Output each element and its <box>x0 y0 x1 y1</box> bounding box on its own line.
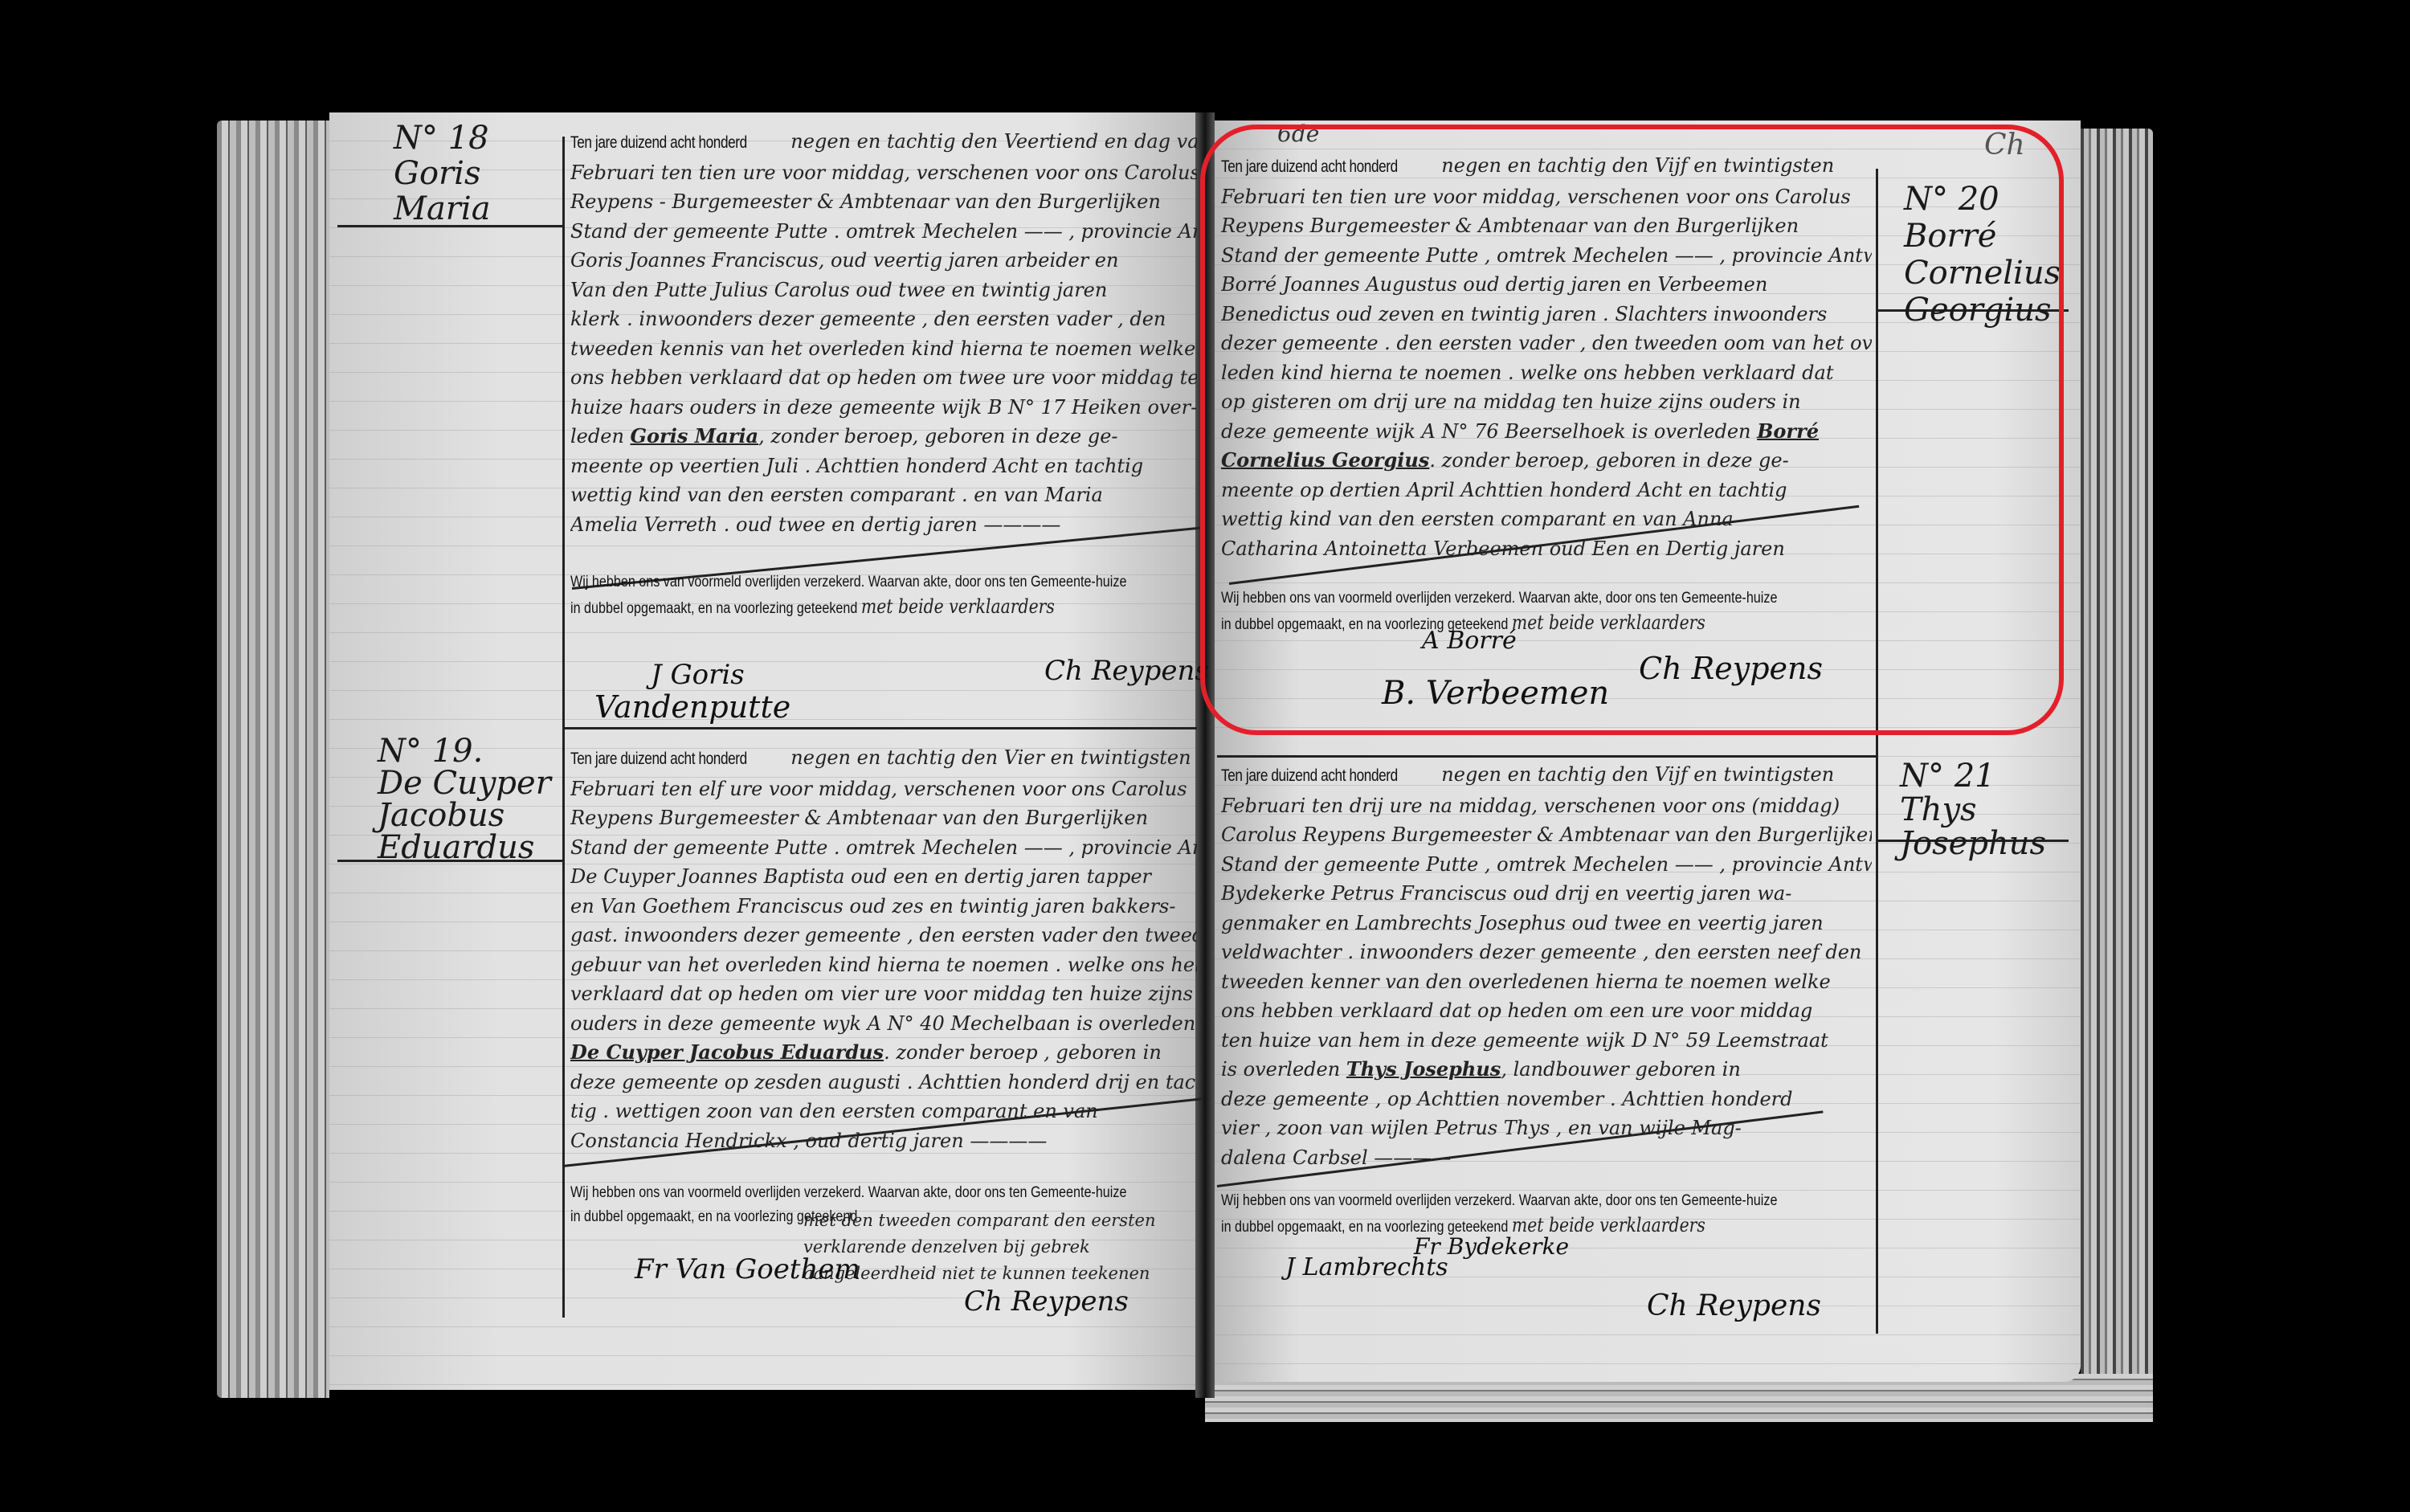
record-text: negen en tachtig den Vier en twintigsten <box>790 746 1191 769</box>
closing-handwritten: met den tweeden comparant den eersten ve… <box>803 1208 1197 1287</box>
record-text: Carolus Reypens Burgemeester & Ambtenaar… <box>1221 820 1872 850</box>
record-text: Februari ten tien ure voor middag, versc… <box>1221 182 1872 212</box>
surname: Goris <box>394 156 491 191</box>
record-19-body: Ten jare duizend acht honderd negen en t… <box>570 743 1197 1155</box>
given-name-2: Georgius <box>1904 292 2061 329</box>
record-number: N° 19. <box>378 735 551 767</box>
signature: A Borré <box>1422 627 1517 655</box>
margin-entry-18: N° 18 Goris Maria <box>394 121 491 227</box>
closing-line-1: Wij hebben ons van voormeld overlijden v… <box>1221 1189 1777 1213</box>
record-text: verklaard dat op heden om vier ure voor … <box>570 979 1197 1009</box>
record-text: Van den Putte Julius Carolus oud twee en… <box>570 276 1197 305</box>
printed-heading: Ten jare duizend acht honderd <box>570 745 747 774</box>
record-number: N° 20 <box>1904 181 2061 218</box>
margin-entry-20: N° 20 Borré Cornelius Georgius <box>1904 181 2061 329</box>
record-text: Goris Joannes Franciscus, oud veertig ja… <box>570 246 1197 276</box>
record-text: Amelia Verreth . oud twee en dertig jare… <box>570 510 1197 540</box>
record-separator-left <box>562 727 1197 729</box>
record-text: dalena Carbsel ———— <box>1221 1143 1872 1173</box>
signature: Ch Reypens <box>1647 1289 1821 1322</box>
record-text: Reypens Burgemeester & Ambtenaar van den… <box>570 803 1197 833</box>
record-text: ons hebben verklaard dat op heden om twe… <box>570 363 1197 393</box>
record-text: leden kind hierna te noemen . welke ons … <box>1221 358 1872 388</box>
record-text: Reypens Burgemeester & Ambtenaar van den… <box>1221 211 1872 241</box>
record-text: ten huize van hem in deze gemeente wijk … <box>1221 1026 1872 1056</box>
printed-heading: Ten jare duizend acht honderd <box>1221 762 1398 791</box>
margin-entry-19: N° 19. De Cuyper Jacobus Eduardus <box>378 735 551 864</box>
record-text: Februari ten tien ure voor middag, versc… <box>570 158 1197 188</box>
record-separator-right <box>1217 755 1876 758</box>
record-text: tweeden kennis van het overleden kind hi… <box>570 334 1197 364</box>
record-text: Stand der gemeente Putte . omtrek Mechel… <box>570 217 1197 247</box>
closing-line-1: Wij hebben ons van voormeld overlijden v… <box>1221 586 1777 611</box>
record-text: , landbouwer geboren in <box>1501 1058 1740 1081</box>
record-text: Stand der gemeente Putte , omtrek Mechel… <box>1221 850 1872 880</box>
record-text: meente op dertien April Achttien honderd… <box>1221 476 1872 505</box>
record-text: Benedictus oud zeven en twintig jaren . … <box>1221 300 1872 329</box>
record-text: negen en tachtig den Vijf en twintigsten <box>1441 763 1834 786</box>
signature: Ch Reypens <box>964 1285 1129 1318</box>
record-text: deze gemeente wijk A N° 76 Beerselhoek i… <box>1221 420 1751 443</box>
record-number: N° 18 <box>394 121 491 156</box>
signature: Vandenputte <box>594 689 790 725</box>
record-text: Februari ten drij ure na middag, versche… <box>1221 791 1872 821</box>
deceased-name: Goris Maria <box>631 424 759 447</box>
record-text: Stand der gemeente Putte . omtrek Mechel… <box>570 833 1197 863</box>
record-text: gast. inwoonders dezer gemeente , den ee… <box>570 921 1197 950</box>
closing-handwritten: met beide verklaarders <box>861 595 1055 618</box>
page-number: 6de <box>1277 121 1319 147</box>
record-text: wettig kind van den eersten comparant . … <box>570 480 1197 510</box>
signature: J Goris <box>651 659 745 691</box>
record-21-body: Ten jare duizend acht honderd negen en t… <box>1221 760 1872 1172</box>
record-text: Reypens - Burgemeester & Ambtenaar van d… <box>570 187 1197 217</box>
record-text: ouders in deze gemeente wyk A N° 40 Mech… <box>570 1009 1197 1039</box>
closing-handwritten: met beide verklaarders <box>1512 611 1705 634</box>
signature: Ch Reypens <box>1639 651 1823 686</box>
record-text: meente op veertien Juli . Achttien honde… <box>570 452 1197 481</box>
closing-formula-21: Wij hebben ons van voormeld overlijden v… <box>1221 1189 1876 1240</box>
record-text: genmaker en Lambrechts Josephus oud twee… <box>1221 909 1872 938</box>
given-name: Maria <box>394 191 491 227</box>
record-text: en Van Goethem Franciscus oud zes en twi… <box>570 892 1197 922</box>
closing-formula-18: Wij hebben ons van voormeld overlijden v… <box>570 570 1225 621</box>
record-text: op gisteren om drij ure na middag ten hu… <box>1221 387 1872 417</box>
signature: B. Verbeemen <box>1382 675 1609 712</box>
record-20-body: Ten jare duizend acht honderd negen en t… <box>1221 151 1872 563</box>
surname: Borré <box>1904 218 2061 255</box>
record-18-body: Ten jare duizend acht honderd negen en t… <box>570 127 1197 539</box>
record-text: is overleden <box>1221 1058 1340 1081</box>
margin-initials: Ch <box>1984 129 2025 161</box>
record-text: leden <box>570 425 624 447</box>
record-text: negen en tachtig den Vijf en twintigsten <box>1441 154 1834 177</box>
record-text: dezer gemeente . den eersten vader , den… <box>1221 329 1872 358</box>
signature: Fr Bydekerke <box>1414 1233 1569 1260</box>
margin-entry-21: N° 21 Thys Josephus <box>1900 759 2046 860</box>
closing-line-2: in dubbel opgemaakt, en na voorlezing ge… <box>570 600 857 617</box>
given-name-2: Eduardus <box>378 832 551 864</box>
book-page-edges-right <box>2081 129 2153 1382</box>
given-name: Jacobus <box>378 799 551 832</box>
printed-heading: Ten jare duizend acht honderd <box>570 129 747 158</box>
record-text: . zonder beroep, geboren in deze ge- <box>1429 449 1788 472</box>
signature: Fr Van Goethem <box>635 1253 860 1285</box>
deceased-name: Thys Josephus <box>1346 1057 1501 1081</box>
surname: Thys <box>1900 793 2046 827</box>
given-name: Cornelius <box>1904 255 2061 292</box>
closing-formula-20: Wij hebben ons van voormeld overlijden v… <box>1221 586 1876 637</box>
deceased-surname: Borré <box>1757 419 1819 443</box>
record-text: Februari ten elf ure voor middag, versch… <box>570 774 1197 804</box>
closing-line-1: Wij hebben ons van voormeld overlijden v… <box>570 1181 1126 1205</box>
given-name: Josephus <box>1900 827 2046 860</box>
record-text: Catharina Antoinetta Verbeemen oud Een e… <box>1221 534 1872 564</box>
record-text: Borré Joannes Augustus oud dertig jaren … <box>1221 270 1872 300</box>
record-text: negen en tachtig den Veertiend en dag va… <box>790 130 1197 153</box>
record-text: deze gemeente op zesden augusti . Achtti… <box>570 1068 1197 1097</box>
record-text: veldwachter . inwoonders dezer gemeente … <box>1221 938 1872 967</box>
record-text: Bydekerke Petrus Franciscus oud drij en … <box>1221 879 1872 909</box>
record-text: wettig kind van den eersten comparant en… <box>1221 505 1872 534</box>
record-text: klerk . inwoonders dezer gemeente , den … <box>570 304 1197 334</box>
record-text: deze gemeente , op Achttien november . A… <box>1221 1085 1872 1114</box>
record-text: , zonder beroep, geboren in deze ge- <box>758 425 1117 447</box>
record-text: Stand der gemeente Putte , omtrek Mechel… <box>1221 241 1872 271</box>
deceased-given-names: Cornelius Georgius <box>1221 448 1429 472</box>
book-page-edges-left <box>217 121 329 1398</box>
right-margin-divider <box>1876 169 1878 1334</box>
printed-heading: Ten jare duizend acht honderd <box>1221 153 1398 182</box>
record-text: . zonder beroep , geboren in <box>884 1041 1162 1064</box>
record-text: ons hebben verklaard dat op heden om een… <box>1221 996 1872 1026</box>
record-text: gebuur van het overleden kind hierna te … <box>570 950 1197 980</box>
record-text: tig . wettigen zoon van den eersten comp… <box>570 1097 1197 1126</box>
closing-line-1: Wij hebben ons van voormeld overlijden v… <box>570 570 1126 595</box>
record-text: huize haars ouders in deze gemeente wijk… <box>570 393 1197 423</box>
deceased-name: De Cuyper Jacobus Eduardus <box>570 1040 884 1064</box>
record-text: tweeden kenner van den overledenen hiern… <box>1221 967 1872 997</box>
record-number: N° 21 <box>1900 759 2046 793</box>
surname: De Cuyper <box>378 767 551 799</box>
signature: Ch Reypens <box>1044 655 1209 687</box>
record-text: De Cuyper Joannes Baptista oud een en de… <box>570 862 1197 892</box>
